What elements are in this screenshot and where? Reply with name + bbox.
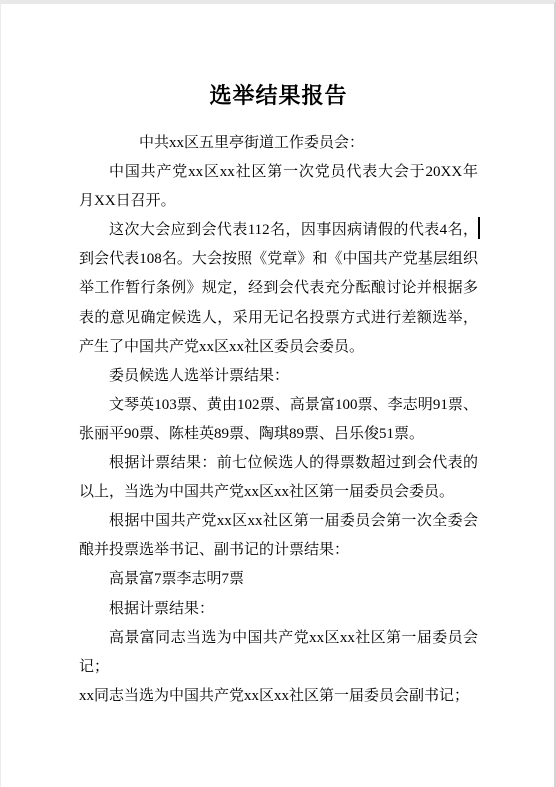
text-line[interactable]: 根据计票结果：前七位候选人的得票数超过到会代表的半数 <box>79 449 478 478</box>
text-line[interactable]: xx同志当选为中国共产党xx区xx社区第一届委员会副书记； <box>79 682 478 711</box>
text-line[interactable]: 根据中国共产党xx区xx社区第一届委员会第一次全委会酝 <box>79 507 478 536</box>
text-line[interactable]: 中国共产党xx区xx社区第一次党员代表大会于20XX年XX <box>79 158 478 187</box>
text-line[interactable]: 酿并投票选举书记、副书记的计票结果： <box>79 536 478 565</box>
text-line[interactable]: 表的意见确定候选人，采用无记名投票方式进行差额选举，选举 <box>79 304 478 333</box>
text-line[interactable]: 以上，当选为中国共产党xx区xx社区第一届委员会委员。 <box>79 478 478 507</box>
text-line[interactable]: 这次大会应到会代表112名，因事因病请假的代表4名，实 <box>79 216 478 245</box>
text-line[interactable]: 根据计票结果： <box>79 595 478 624</box>
document-content: 选举结果报告 中共xx区五里亭街道工作委员会：中国共产党xx区xx社区第一次党员… <box>1 4 554 711</box>
text-line[interactable]: 张丽平90票、陈桂英89票、陶琪89票、吕乐俊51票。 <box>79 420 478 449</box>
text-line[interactable]: 到会代表108名。大会按照《党章》和《中国共产党基层组织选 <box>79 245 478 274</box>
document-lines: 中共xx区五里亭街道工作委员会：中国共产党xx区xx社区第一次党员代表大会于20… <box>79 129 478 711</box>
text-line[interactable]: 文琴英103票、黄由102票、高景富100票、李志明91票、 <box>79 391 478 420</box>
text-line[interactable]: 举工作暂行条例》规定，经到会代表充分酝酿讨论并根据多数代 <box>79 274 478 303</box>
text-line[interactable]: 月XX日召开。 <box>79 187 478 216</box>
text-line[interactable]: 委员候选人选举计票结果： <box>79 362 478 391</box>
document-title[interactable]: 选举结果报告 <box>79 78 478 114</box>
text-line[interactable]: 高景富同志当选为中国共产党xx区xx社区第一届委员会书 <box>79 624 478 653</box>
text-line[interactable]: 记； <box>79 653 478 682</box>
text-line[interactable]: 产生了中国共产党xx区xx社区委员会委员。 <box>79 333 478 362</box>
document-page[interactable]: 选举结果报告 中共xx区五里亭街道工作委员会：中国共产党xx区xx社区第一次党员… <box>0 0 556 787</box>
text-line[interactable]: 高景富7票李志明7票 <box>79 565 478 594</box>
text-line[interactable]: 中共xx区五里亭街道工作委员会： <box>79 129 478 158</box>
text-cursor <box>478 217 480 239</box>
